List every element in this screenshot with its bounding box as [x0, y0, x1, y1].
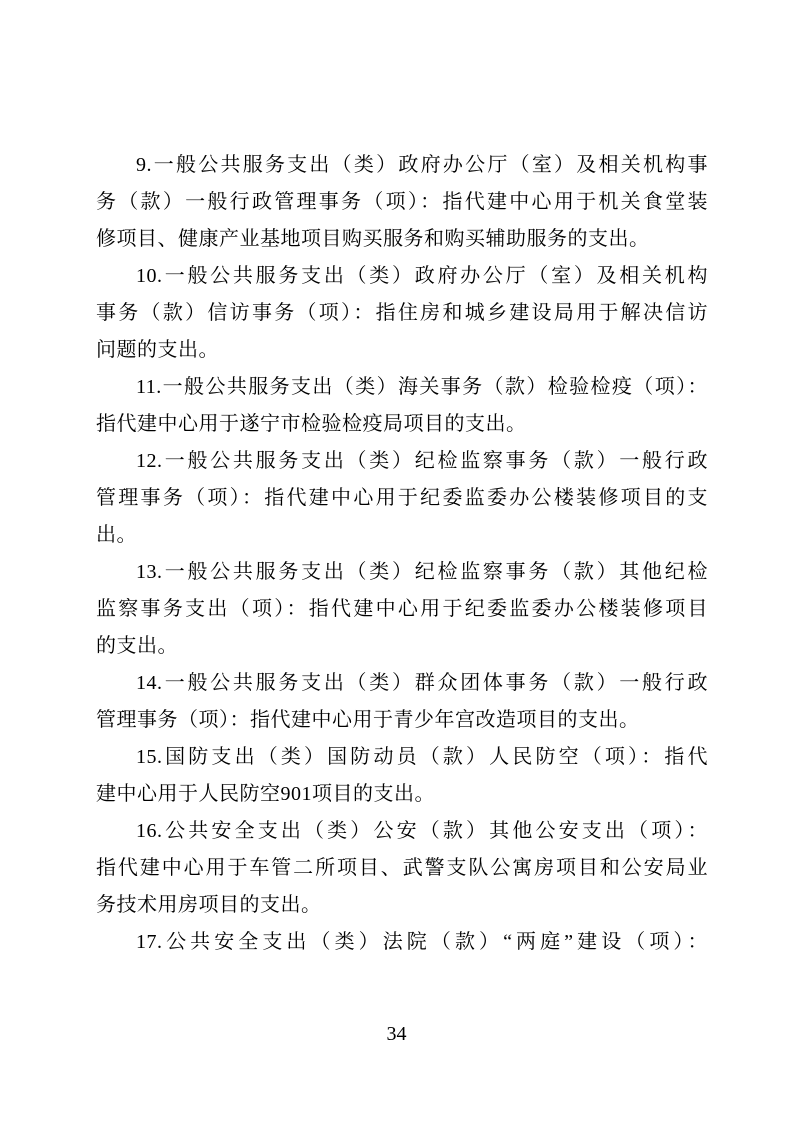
paragraph-line: 13.一般公共服务支出（类）纪检监察事务（款）其他纪检: [96, 554, 708, 591]
paragraph-line: 管理事务（项）：指代建中心用于青少年宫改造项目的支出。: [96, 702, 708, 739]
paragraph-line: 9.一般公共服务支出（类）政府办公厅（室）及相关机构事: [96, 147, 708, 184]
paragraph-10: 10.一般公共服务支出（类）政府办公厅（室）及相关机构 事务（款）信访事务（项）…: [96, 258, 708, 369]
paragraph-line: 修项目、健康产业基地项目购买服务和购买辅助服务的支出。: [96, 221, 708, 258]
paragraph-line: 指代建中心用于车管二所项目、武警支队公寓房项目和公安局业: [96, 850, 708, 887]
paragraph-9: 9.一般公共服务支出（类）政府办公厅（室）及相关机构事 务（款）一般行政管理事务…: [96, 147, 708, 258]
paragraph-line: 10.一般公共服务支出（类）政府办公厅（室）及相关机构: [96, 258, 708, 295]
text-block: 9.一般公共服务支出（类）政府办公厅（室）及相关机构事 务（款）一般行政管理事务…: [96, 147, 708, 961]
paragraph-15: 15.国防支出（类）国防动员（款）人民防空（项）：指代 建中心用于人民防空901…: [96, 739, 708, 813]
paragraph-11: 11.一般公共服务支出（类）海关事务（款）检验检疫（项）： 指代建中心用于遂宁市…: [96, 369, 708, 443]
paragraph-12: 12.一般公共服务支出（类）纪检监察事务（款）一般行政 管理事务（项）：指代建中…: [96, 443, 708, 554]
paragraph-line: 出。: [96, 517, 708, 554]
paragraph-line: 务（款）一般行政管理事务（项）：指代建中心用于机关食堂装: [96, 184, 708, 221]
paragraph-line: 11.一般公共服务支出（类）海关事务（款）检验检疫（项）：: [96, 369, 708, 406]
paragraph-13: 13.一般公共服务支出（类）纪检监察事务（款）其他纪检 监察事务支出（项）：指代…: [96, 554, 708, 665]
paragraph-line: 务技术用房项目的支出。: [96, 887, 708, 924]
paragraph-line: 12.一般公共服务支出（类）纪检监察事务（款）一般行政: [96, 443, 708, 480]
paragraph-line: 16.公共安全支出（类）公安（款）其他公安支出（项）：: [96, 813, 708, 850]
paragraph-line: 指代建中心用于遂宁市检验检疫局项目的支出。: [96, 406, 708, 443]
paragraph-line: 监察事务支出（项）：指代建中心用于纪委监委办公楼装修项目: [96, 591, 708, 628]
paragraph-line: 的支出。: [96, 628, 708, 665]
paragraph-line: 事务（款）信访事务（项）：指住房和城乡建设局用于解决信访: [96, 295, 708, 332]
paragraph-17: 17.公共安全支出（类）法院（款）“两庭”建设（项）：: [96, 924, 708, 961]
paragraph-line: 管理事务（项）：指代建中心用于纪委监委办公楼装修项目的支: [96, 480, 708, 517]
document-page: 9.一般公共服务支出（类）政府办公厅（室）及相关机构事 务（款）一般行政管理事务…: [0, 0, 793, 1122]
paragraph-line: 建中心用于人民防空901项目的支出。: [96, 776, 708, 813]
paragraph-line: 14.一般公共服务支出（类）群众团体事务（款）一般行政: [96, 665, 708, 702]
paragraph-line: 问题的支出。: [96, 332, 708, 369]
paragraph-14: 14.一般公共服务支出（类）群众团体事务（款）一般行政 管理事务（项）：指代建中…: [96, 665, 708, 739]
paragraph-line: 17.公共安全支出（类）法院（款）“两庭”建设（项）：: [96, 924, 708, 961]
page-number: 34: [0, 1019, 793, 1049]
paragraph-16: 16.公共安全支出（类）公安（款）其他公安支出（项）： 指代建中心用于车管二所项…: [96, 813, 708, 924]
paragraph-line: 15.国防支出（类）国防动员（款）人民防空（项）：指代: [96, 739, 708, 776]
